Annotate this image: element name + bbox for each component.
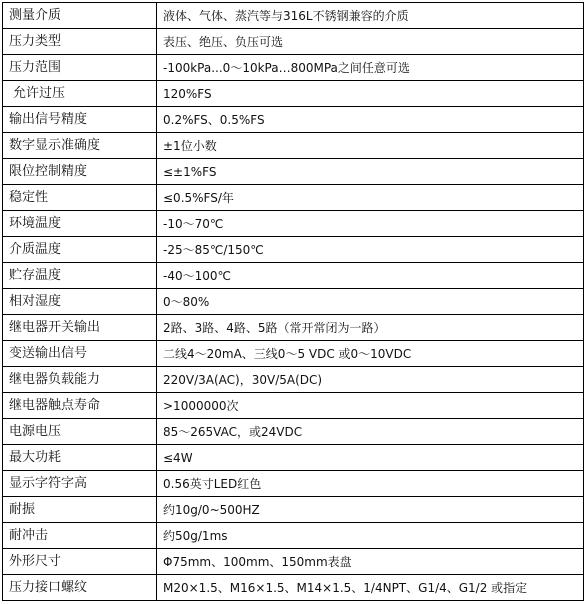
table-row: 继电器开关输出 2路、3路、4路、5路（常开常闭为一路） — [3, 315, 584, 341]
spec-value: 二线4～20mA、三线0～5 VDC 或0～10VDC — [157, 341, 584, 367]
spec-label: 继电器开关输出 — [3, 315, 157, 341]
spec-value: 120%FS — [157, 81, 584, 107]
spec-value: 0.2%FS、0.5%FS — [157, 107, 584, 133]
spec-value: -25～85℃/150℃ — [157, 237, 584, 263]
spec-label: 继电器触点寿命 — [3, 393, 157, 419]
spec-label: 稳定性 — [3, 185, 157, 211]
table-row: 变送输出信号 二线4～20mA、三线0～5 VDC 或0～10VDC — [3, 341, 584, 367]
table-row: 限位控制精度 ≤±1%FS — [3, 159, 584, 185]
spec-label: 输出信号精度 — [3, 107, 157, 133]
spec-label: 外形尺寸 — [3, 549, 157, 575]
spec-value: -40～100℃ — [157, 263, 584, 289]
spec-value: 220V/3A(AC)，30V/5A(DC) — [157, 367, 584, 393]
spec-value: Φ75mm、100mm、150mm表盘 — [157, 549, 584, 575]
table-row: 数字显示准确度 ±1位小数 — [3, 133, 584, 159]
spec-label: 数字显示准确度 — [3, 133, 157, 159]
spec-label: 允许过压 — [3, 81, 157, 107]
spec-label: 限位控制精度 — [3, 159, 157, 185]
table-row: 输出信号精度 0.2%FS、0.5%FS — [3, 107, 584, 133]
spec-label: 贮存温度 — [3, 263, 157, 289]
spec-value: 表压、绝压、负压可选 — [157, 29, 584, 55]
spec-value: 0.56英寸LED红色 — [157, 471, 584, 497]
spec-value: 2路、3路、4路、5路（常开常闭为一路） — [157, 315, 584, 341]
table-row: 压力类型 表压、绝压、负压可选 — [3, 29, 584, 55]
spec-label: 耐冲击 — [3, 523, 157, 549]
table-row: 显示字符字高 0.56英寸LED红色 — [3, 471, 584, 497]
table-row: 外形尺寸 Φ75mm、100mm、150mm表盘 — [3, 549, 584, 575]
table-row: 耐振 约10g/0~500HZ — [3, 497, 584, 523]
table-row: 压力范围 -100kPa...0～10kPa…800MPa之间任意可选 — [3, 55, 584, 81]
spec-label: 相对湿度 — [3, 289, 157, 315]
spec-label: 继电器负载能力 — [3, 367, 157, 393]
table-row: 相对湿度 0～80% — [3, 289, 584, 315]
spec-value: ≤4W — [157, 445, 584, 471]
table-row: 最大功耗 ≤4W — [3, 445, 584, 471]
spec-label: 测量介质 — [3, 3, 157, 29]
table-row: 稳定性 ≤0.5%FS/年 — [3, 185, 584, 211]
spec-value: ≤0.5%FS/年 — [157, 185, 584, 211]
spec-label: 压力接口螺纹 — [3, 575, 157, 601]
spec-value: M20×1.5、M16×1.5、M14×1.5、1/4NPT、G1/4、G1/2… — [157, 575, 584, 601]
table-row: 压力接口螺纹 M20×1.5、M16×1.5、M14×1.5、1/4NPT、G1… — [3, 575, 584, 601]
spec-value: ≤±1%FS — [157, 159, 584, 185]
table-row: 电源电压 85～265VAC，或24VDC — [3, 419, 584, 445]
spec-label: 环境温度 — [3, 211, 157, 237]
spec-label: 最大功耗 — [3, 445, 157, 471]
spec-label: 耐振 — [3, 497, 157, 523]
table-row: 测量介质 液体、气体、蒸汽等与316L不锈钢兼容的介质 — [3, 3, 584, 29]
spec-label: 压力范围 — [3, 55, 157, 81]
spec-label: 变送输出信号 — [3, 341, 157, 367]
spec-value: ±1位小数 — [157, 133, 584, 159]
spec-label: 显示字符字高 — [3, 471, 157, 497]
spec-label: 压力类型 — [3, 29, 157, 55]
spec-value: 85～265VAC，或24VDC — [157, 419, 584, 445]
spec-value: 约10g/0~500HZ — [157, 497, 584, 523]
spec-label: 介质温度 — [3, 237, 157, 263]
spec-label: 电源电压 — [3, 419, 157, 445]
table-row: 继电器触点寿命 >1000000次 — [3, 393, 584, 419]
table-row: 耐冲击 约50g/1ms — [3, 523, 584, 549]
table-row: 继电器负载能力 220V/3A(AC)，30V/5A(DC) — [3, 367, 584, 393]
table-row: 介质温度 -25～85℃/150℃ — [3, 237, 584, 263]
table-row: 允许过压 120%FS — [3, 81, 584, 107]
spec-value: >1000000次 — [157, 393, 584, 419]
table-row: 贮存温度 -40～100℃ — [3, 263, 584, 289]
spec-value: 约50g/1ms — [157, 523, 584, 549]
spec-table: 测量介质 液体、气体、蒸汽等与316L不锈钢兼容的介质 压力类型 表压、绝压、负… — [2, 2, 584, 601]
spec-value: 液体、气体、蒸汽等与316L不锈钢兼容的介质 — [157, 3, 584, 29]
table-row: 环境温度 -10～70℃ — [3, 211, 584, 237]
spec-value: -100kPa...0～10kPa…800MPa之间任意可选 — [157, 55, 584, 81]
spec-value: 0～80% — [157, 289, 584, 315]
spec-value: -10～70℃ — [157, 211, 584, 237]
